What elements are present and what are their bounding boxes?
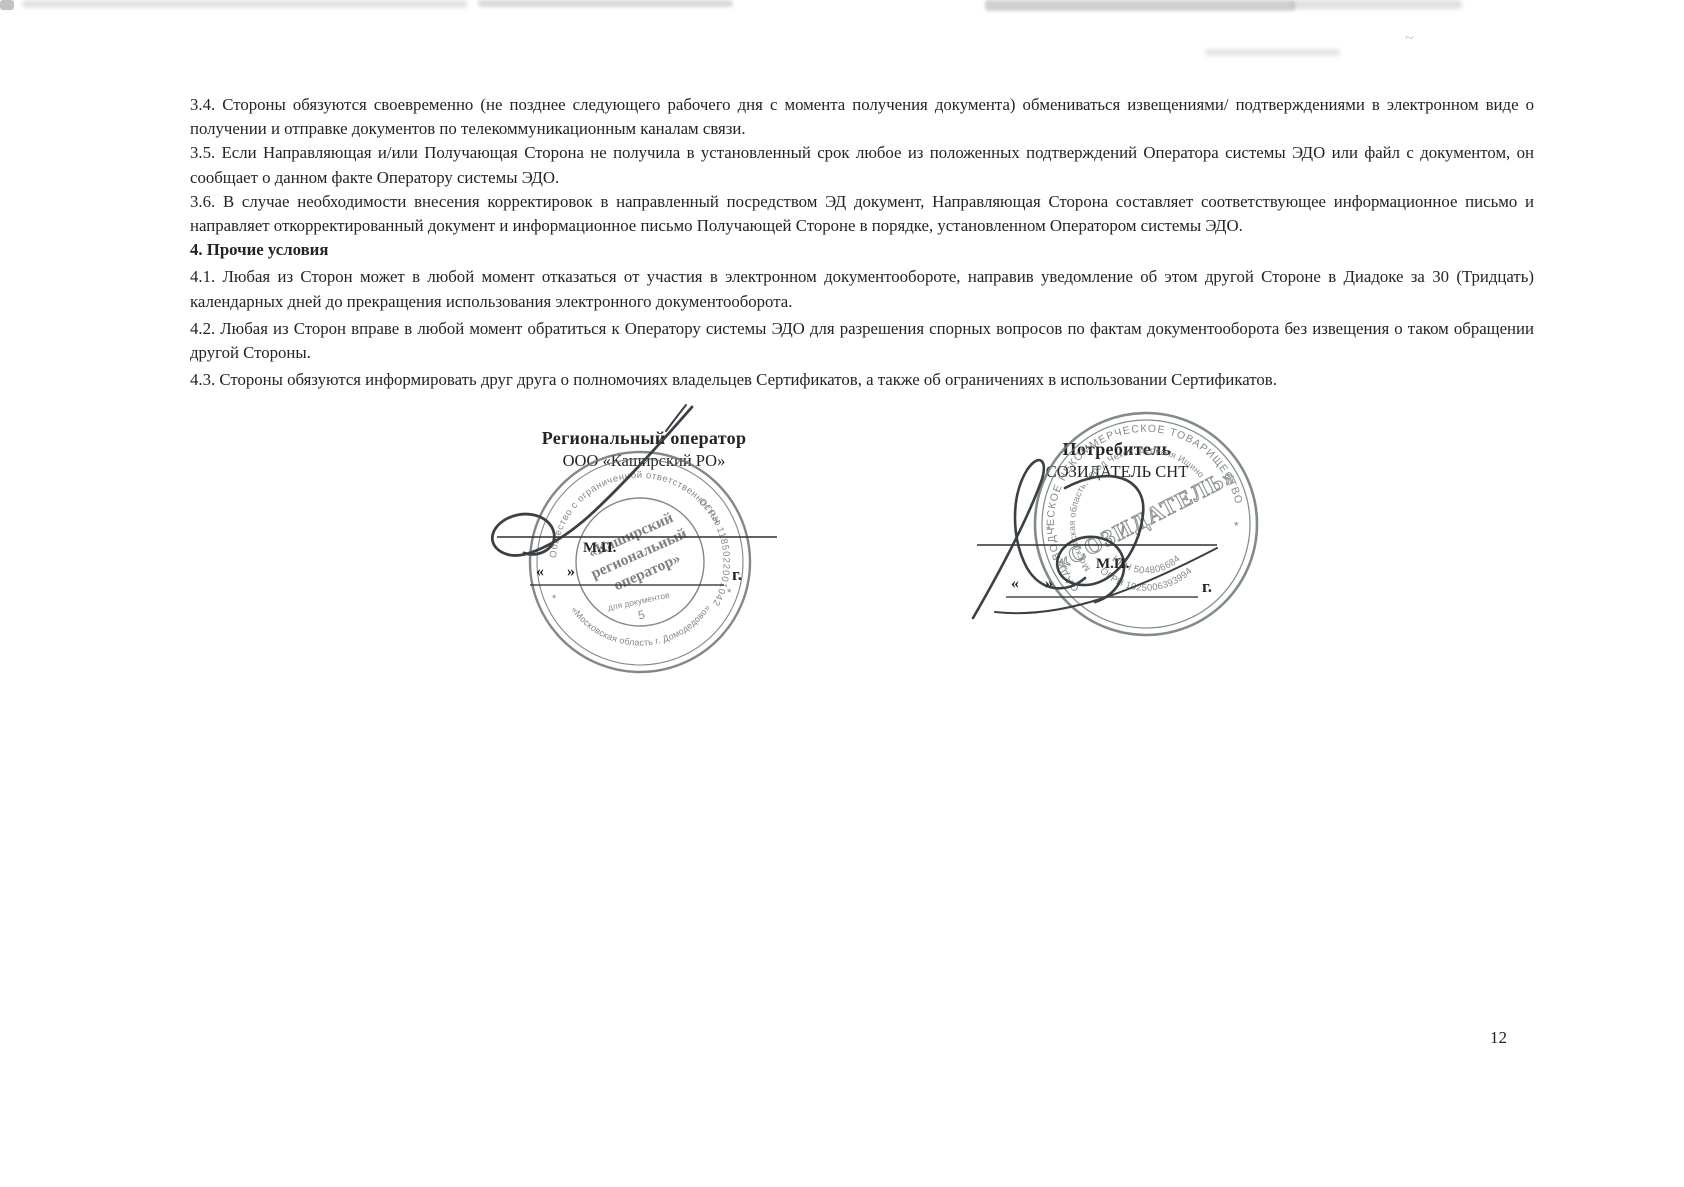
contract-body-text: 3.4. Стороны обязуются своевременно (не … — [190, 93, 1534, 392]
left-mp-label: М.П. — [583, 540, 616, 557]
right-handwritten-signature — [925, 430, 1270, 630]
scan-artifact — [1292, 0, 1462, 9]
paragraph-4-2: 4.2. Любая из Сторон вправе в любой моме… — [190, 317, 1534, 365]
scan-artifact — [985, 0, 1295, 11]
section-4-heading: 4. Прочие условия — [190, 238, 1534, 262]
scan-artifact — [0, 0, 14, 10]
left-signature-line — [497, 536, 777, 538]
paragraph-3-4: 3.4. Стороны обязуются своевременно (не … — [190, 93, 1534, 141]
scan-artifact — [1205, 49, 1340, 56]
right-year-suffix: г. — [1202, 577, 1212, 597]
paragraph-4-1: 4.1. Любая из Сторон может в любой момен… — [190, 265, 1534, 313]
page-number: 12 — [1490, 1028, 1507, 1048]
scan-artifact — [22, 0, 467, 8]
right-date-open-quote: « — [1011, 575, 1019, 593]
paragraph-3-5: 3.5. Если Направляющая и/или Получающая … — [190, 141, 1534, 189]
left-year-suffix: г. — [732, 565, 742, 585]
left-date-close-quote: » — [567, 563, 575, 581]
scanned-document-page: ~ 3.4. Стороны обязуются своевременно (н… — [0, 0, 1684, 1187]
paragraph-4-3: 4.3. Стороны обязуются информировать дру… — [190, 368, 1534, 392]
left-date-open-quote: « — [536, 563, 544, 581]
scan-artifact — [478, 0, 733, 7]
scan-artifact: ~ — [1405, 30, 1414, 48]
right-date-line — [1006, 596, 1198, 598]
left-stamp-number: 5 — [637, 607, 647, 622]
left-date-line — [530, 584, 724, 586]
right-signature-line — [977, 544, 1217, 546]
left-handwritten-signature — [440, 395, 780, 595]
right-mp-label: М.П. — [1096, 556, 1129, 573]
right-date-close-quote: » — [1045, 575, 1053, 593]
paragraph-3-6: 3.6. В случае необходимости внесения кор… — [190, 190, 1534, 238]
